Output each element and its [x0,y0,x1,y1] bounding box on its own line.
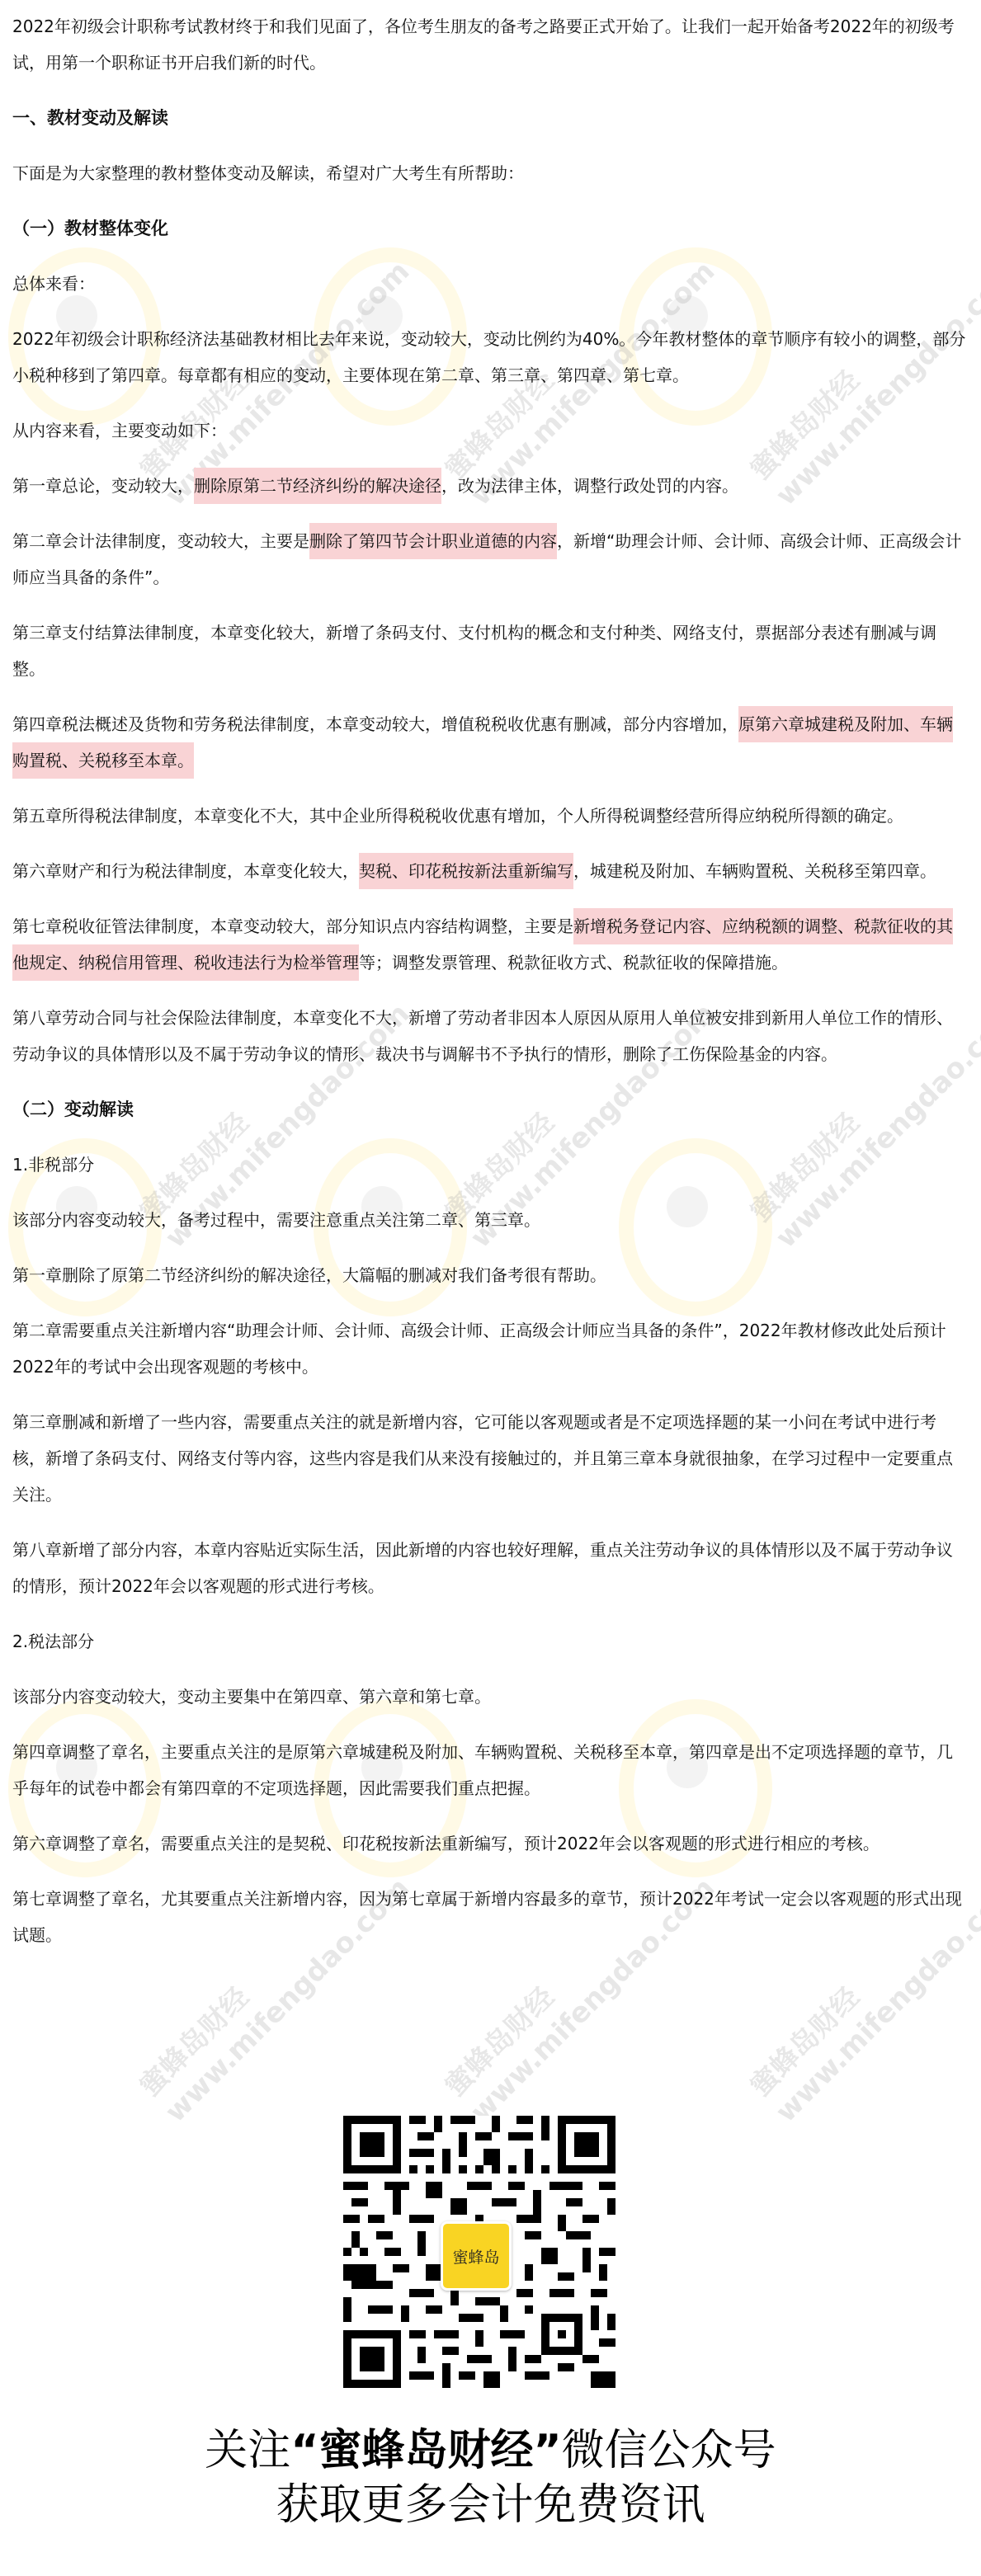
follow-call-to-action: 关注“蜜蜂岛财经”微信公众号 [0,2425,981,2476]
wechat-qr-code[interactable]: 蜜蜂岛 [343,2116,615,2388]
article: 2022年初级会计职称考试教材终于和我们见面了，各位考生朋友的备考之路要正式开始… [0,0,981,1953]
analysis-paragraph: 该部分内容变动较大，变动主要集中在第四章、第六章和第七章。 [12,1679,969,1715]
analysis-paragraph: 第一章删除了原第二节经济纠纷的解决途径，大篇幅的删减对我们备考很有帮助。 [12,1257,969,1293]
subsection-heading: （一）教材整体变化 [12,210,969,247]
analysis-paragraph: 第七章调整了章名，尤其要重点关注新增内容，因为第七章属于新增内容最多的章节，预计… [12,1881,969,1953]
analysis-paragraph: 第四章调整了章名，主要重点关注的是原第六章城建税及附加、车辆购置税、关税移至本章… [12,1734,969,1806]
intro-paragraph: 2022年初级会计职称考试教材终于和我们见面了，各位考生朋友的备考之路要正式开始… [12,8,969,81]
analysis-paragraph: 第三章删减和新增了一些内容，需要重点关注的就是新增内容，它可能以客观题或者是不定… [12,1404,969,1513]
analysis-paragraph: 该部分内容变动较大，备考过程中，需要注意重点关注第二章、第三章。 [12,1202,969,1238]
section-lead: 下面是为大家整理的教材整体变动及解读，希望对广大考生有所帮助： [12,155,969,191]
qr-logo: 蜜蜂岛 [441,2221,512,2291]
overall-paragraph: 2022年初级会计职称经济法基础教材相比去年来说，变动较大，变动比例约为40%。… [12,321,969,393]
brand-name: “蜜蜂岛财经” [290,2426,561,2475]
section-heading: 一、教材变动及解读 [12,100,969,136]
chapter-change-7: 第七章税收征管法律制度，本章变动较大，部分知识点内容结构调整，主要是新增税务登记… [12,908,969,981]
part-title: 1.非税部分 [12,1147,969,1183]
follow-subtitle: 获取更多会计免费资讯 [0,2479,981,2531]
chapter-change-5: 第五章所得税法律制度，本章变化不大，其中企业所得税税收优惠有增加，个人所得税调整… [12,798,969,834]
content-label: 从内容来看，主要变动如下： [12,412,969,449]
qr-footer: 蜜蜂岛 关注“蜜蜂岛财经”微信公众号 获取更多会计免费资讯 [0,2079,981,2576]
chapter-change-2: 第二章会计法律制度，变动较大，主要是删除了第四节会计职业道德的内容，新增“助理会… [12,523,969,596]
highlight: 删除了第四节会计职业道德的内容 [309,523,557,559]
subsection-heading: （二）变动解读 [12,1091,969,1128]
chapter-change-4: 第四章税法概述及货物和劳务税法律制度，本章变动较大，增值税税收优惠有删减，部分内… [12,706,969,779]
highlight: 契税、印花税按新法重新编写 [359,853,573,889]
overall-label: 总体来看： [12,266,969,302]
analysis-paragraph: 第六章调整了章名，需要重点关注的是契税、印花税按新法重新编写，预计2022年会以… [12,1825,969,1862]
chapter-change-6: 第六章财产和行为税法律制度，本章变化较大，契税、印花税按新法重新编写，城建税及附… [12,853,969,889]
chapter-change-1: 第一章总论，变动较大，删除原第二节经济纠纷的解决途径，改为法律主体，调整行政处罚… [12,468,969,504]
part-title: 2.税法部分 [12,1623,969,1660]
chapter-change-8: 第八章劳动合同与社会保险法律制度，本章变化不大，新增了劳动者非因本人原因从原用人… [12,1000,969,1072]
analysis-paragraph: 第八章新增了部分内容，本章内容贴近实际生活，因此新增的内容也较好理解，重点关注劳… [12,1532,969,1604]
analysis-paragraph: 第二章需要重点关注新增内容“助理会计师、会计师、高级会计师、正高级会计师应当具备… [12,1312,969,1385]
chapter-change-3: 第三章支付结算法律制度，本章变化较大，新增了条码支付、支付机构的概念和支付种类、… [12,615,969,687]
highlight: 删除原第二节经济纠纷的解决途径 [194,468,441,504]
